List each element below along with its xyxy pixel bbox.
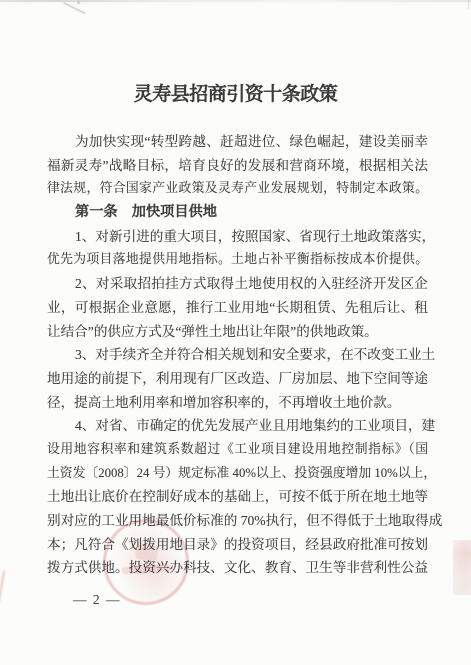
text-line: 地用途的前提下，利用现有厂区改造、厂房加层、地下空间等途 <box>47 367 428 391</box>
scan-edge-artifact <box>0 0 471 2</box>
document-body: 为加快实现“转型跨越、赶超进位、绿色崛起，建设美丽幸福新灵寿”战略目标，培育良好… <box>47 130 428 580</box>
scanned-document-page: 灵寿县招商引资十条政策 为加快实现“转型跨越、赶超进位、绿色崛起，建设美丽幸福新… <box>0 0 471 665</box>
text-line: 拨方式供地。投资兴办科技、文化、教育、卫生等非营利性公益 <box>47 556 428 580</box>
text-line: 土地出让底价在控制好成本的基础上，可按不低于所在地土地等 <box>47 485 428 509</box>
document-title: 灵寿县招商引资十条政策 <box>0 79 471 106</box>
text-line: 设用地容积率和建筑系数超过《工业项目建设用地控制指标》（国 <box>47 438 428 462</box>
seal-ink-streak <box>0 570 6 602</box>
text-line: 为加快实现“转型跨越、赶超进位、绿色崛起，建设美丽幸 <box>47 130 428 154</box>
text-line: 别对应的工业用地最低价标准的 70%执行，但不得低于土地取得成 <box>47 509 428 533</box>
text-line: 土资发〔2008〕24 号）规定标准 40%以上、投资强度增加 10%以上， <box>47 462 428 486</box>
text-line: 2、对采取招拍挂方式取得土地使用权的入驻经济开发区企 <box>47 272 428 296</box>
text-line: 律法规，符合国家产业政策及灵寿产业发展规划，特制定本政策。 <box>47 177 428 201</box>
text-line: 3、对手续齐全并符合相关规划和安全要求，在不改变工业土 <box>47 343 428 367</box>
text-line: 1、对新引进的重大项目，按照国家、省现行土地政策落实， <box>47 225 428 249</box>
text-line: 4、对省、市确定的优先发展产业且用地集约的工业项目，建 <box>47 414 428 438</box>
section-heading: 第一条 加快项目供地 <box>47 201 428 225</box>
scan-blemish-dot <box>77 1 80 4</box>
text-line: 让结合”的供应方式及“弹性土地出让年限”的供地政策。 <box>47 320 428 344</box>
text-line: 福新灵寿”战略目标，培育良好的发展和营商环境，根据相关法 <box>47 154 428 178</box>
text-line: 本；凡符合《划拨用地目录》的投资项目，经县政府批准可按划 <box>47 533 428 557</box>
text-line: 业，可根据企业意愿，推行工业用地“长期租赁、先租后让、租 <box>47 296 428 320</box>
text-line: 径，提高土地利用率和增加容积率的，不再增收土地价款。 <box>47 391 428 415</box>
ink-smudge <box>453 540 471 595</box>
text-line: 优先为项目落地提供用地指标。土地占补平衡指标按成本价提供。 <box>47 248 428 272</box>
scan-edge-tick <box>468 0 469 9</box>
scan-blemish <box>63 2 85 14</box>
page-number: — 2 — <box>73 592 121 608</box>
